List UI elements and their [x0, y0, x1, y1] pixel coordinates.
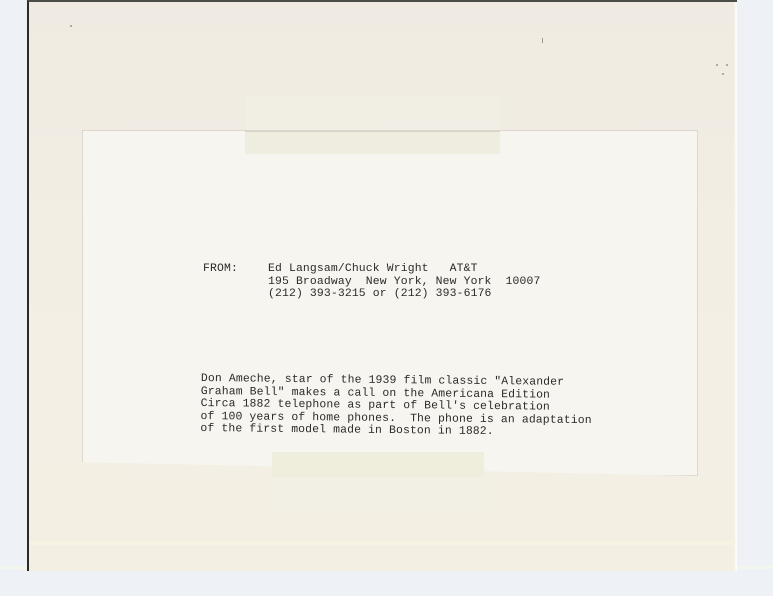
sender-phones: (212) 393-3215 or (212) 393-6176 [268, 288, 540, 301]
photo-caption: Don Ameche, star of the 1939 film classi… [200, 373, 592, 440]
dust-speck [70, 25, 72, 27]
tape-top [245, 95, 500, 132]
sender-address: 195 Broadway New York, New York 10007 [268, 276, 540, 289]
tape-bottom [272, 476, 484, 511]
dust-speck [542, 38, 543, 43]
sender-names: Ed Langsam/Chuck Wright AT&T [268, 263, 540, 276]
tape-bottom-overlap [272, 452, 484, 477]
from-label: FROM: [203, 263, 238, 276]
sender-block: Ed Langsam/Chuck Wright AT&T195 Broadway… [268, 263, 540, 301]
dust-speck [722, 73, 724, 75]
tape-top-overlap [245, 131, 500, 154]
dust-speck [716, 64, 718, 66]
paper-bottom-band [29, 541, 737, 545]
dust-speck [726, 64, 728, 66]
paper-right-edge [734, 2, 737, 571]
